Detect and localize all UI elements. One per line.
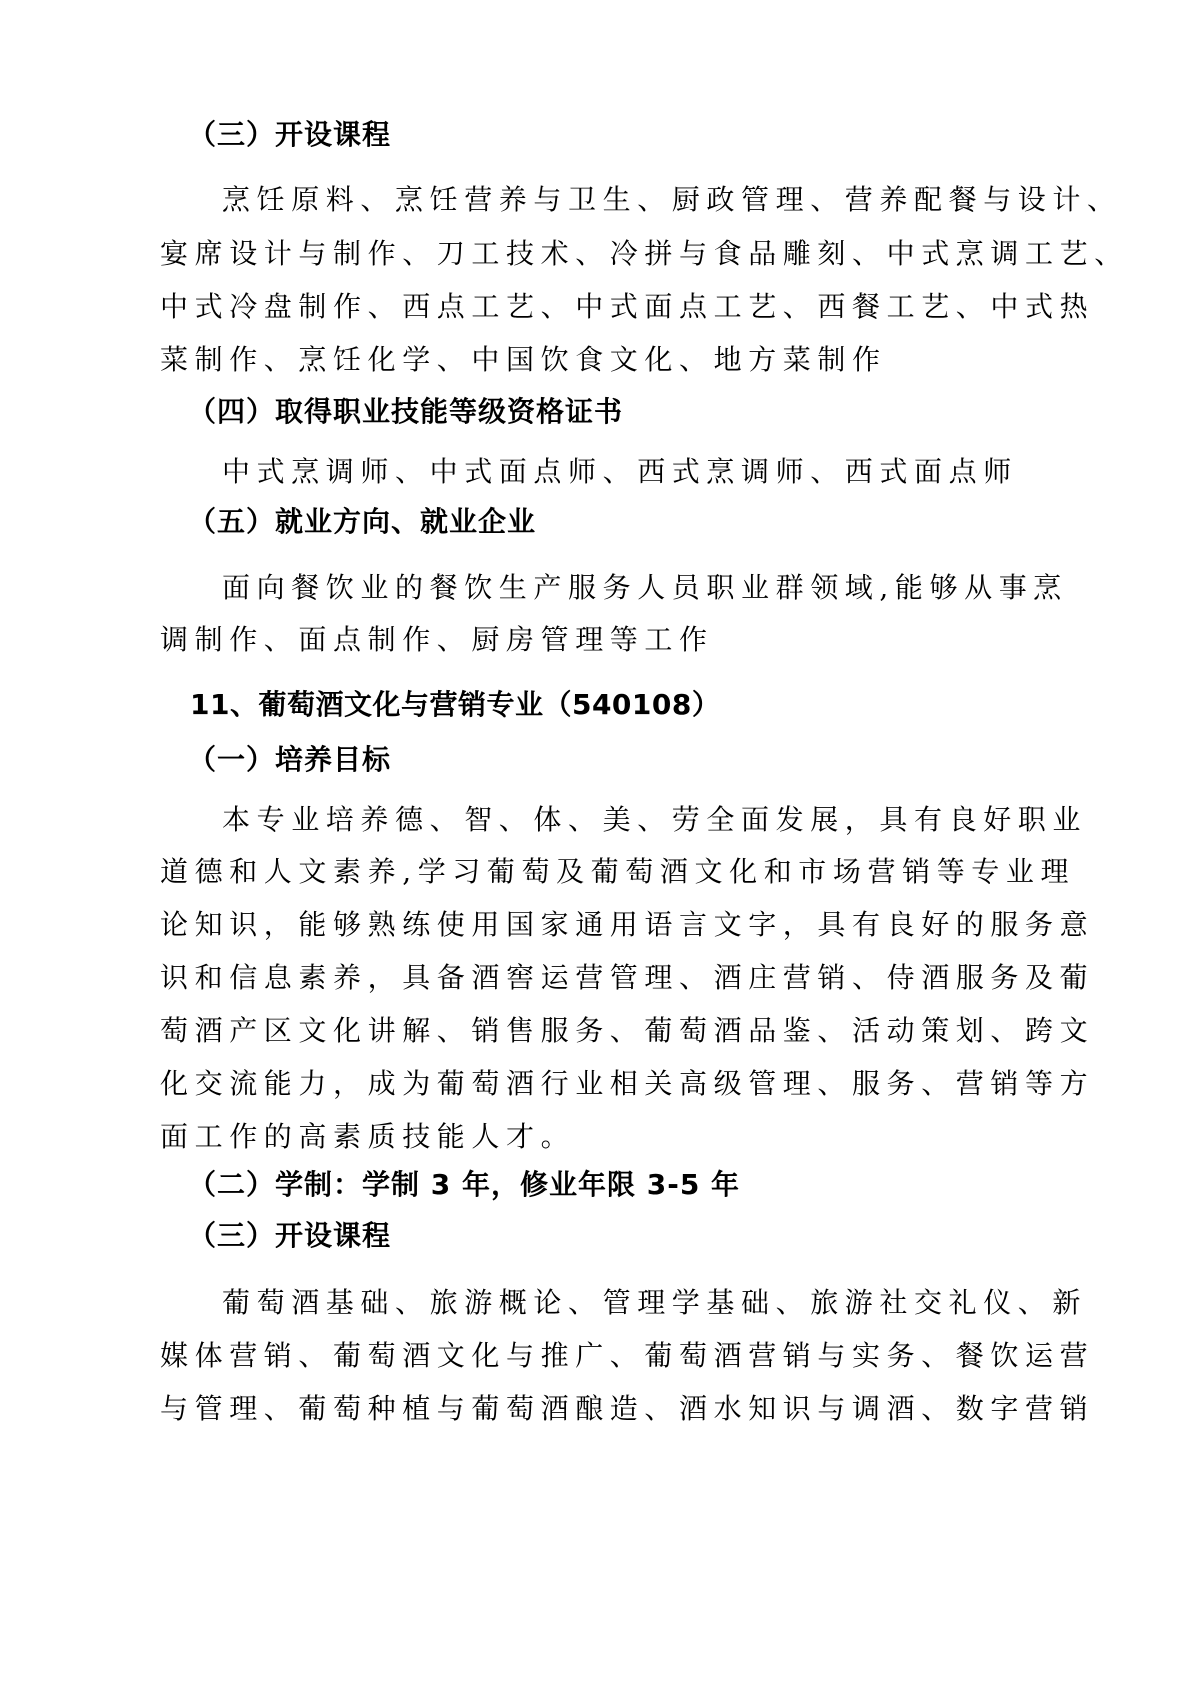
section-heading-employment: （五）就业方向、就业企业 <box>188 502 536 542</box>
goals-paragraph-line: 萄酒产区文化讲解、销售服务、葡萄酒品鉴、活动策划、跨文 <box>160 1011 1030 1051</box>
goals-paragraph-line: 化交流能力，成为葡萄酒行业相关高级管理、服务、营销等方 <box>160 1064 1030 1104</box>
section-heading-certificates: （四）取得职业技能等级资格证书 <box>188 392 623 432</box>
goals-paragraph-line: 论知识，能够熟练使用国家通用语言文字，具有良好的服务意 <box>160 905 1030 945</box>
wine-courses-paragraph-line: 葡萄酒基础、旅游概论、管理学基础、旅游社交礼仪、新 <box>222 1283 1092 1323</box>
wine-courses-paragraph-line: 媒体营销、葡萄酒文化与推广、葡萄酒营销与实务、餐饮运营 <box>160 1336 1030 1376</box>
document-page: （三）开设课程 烹饪原料、烹饪营养与卫生、厨政管理、营养配餐与设计、 宴席设计与… <box>0 0 1191 1684</box>
section-heading-courses-wine: （三）开设课程 <box>188 1216 391 1256</box>
certificates-paragraph-line: 中式烹调师、中式面点师、西式烹调师、西式面点师 <box>222 452 1092 492</box>
wine-courses-paragraph-line: 与管理、葡萄种植与葡萄酒酿造、酒水知识与调酒、数字营销 <box>160 1389 1030 1429</box>
goals-paragraph-line: 面工作的高素质技能人才。 <box>160 1117 1030 1157</box>
section-heading-duration: （二）学制：学制 3 年，修业年限 3-5 年 <box>188 1165 740 1205</box>
major-heading-wine-culture-marketing: 11、葡萄酒文化与营销专业（540108） <box>190 685 720 725</box>
section-heading-training-goals: （一）培养目标 <box>188 740 391 780</box>
section-heading-courses: （三）开设课程 <box>188 115 391 155</box>
courses-paragraph-line: 烹饪原料、烹饪营养与卫生、厨政管理、营养配餐与设计、 <box>222 180 1092 220</box>
goals-paragraph-line: 道德和人文素养,学习葡萄及葡萄酒文化和市场营销等专业理 <box>160 852 1030 892</box>
goals-paragraph-line: 识和信息素养，具备酒窖运营管理、酒庄营销、侍酒服务及葡 <box>160 958 1030 998</box>
employment-paragraph-line: 调制作、面点制作、厨房管理等工作 <box>160 620 1030 660</box>
employment-paragraph-line: 面向餐饮业的餐饮生产服务人员职业群领域,能够从事烹 <box>222 568 1092 608</box>
courses-paragraph-line: 中式冷盘制作、西点工艺、中式面点工艺、西餐工艺、中式热 <box>160 287 1030 327</box>
courses-paragraph-line: 宴席设计与制作、刀工技术、冷拼与食品雕刻、中式烹调工艺、 <box>160 234 1030 274</box>
goals-paragraph-line: 本专业培养德、智、体、美、劳全面发展，具有良好职业 <box>222 800 1092 840</box>
courses-paragraph-line: 菜制作、烹饪化学、中国饮食文化、地方菜制作 <box>160 340 1030 380</box>
